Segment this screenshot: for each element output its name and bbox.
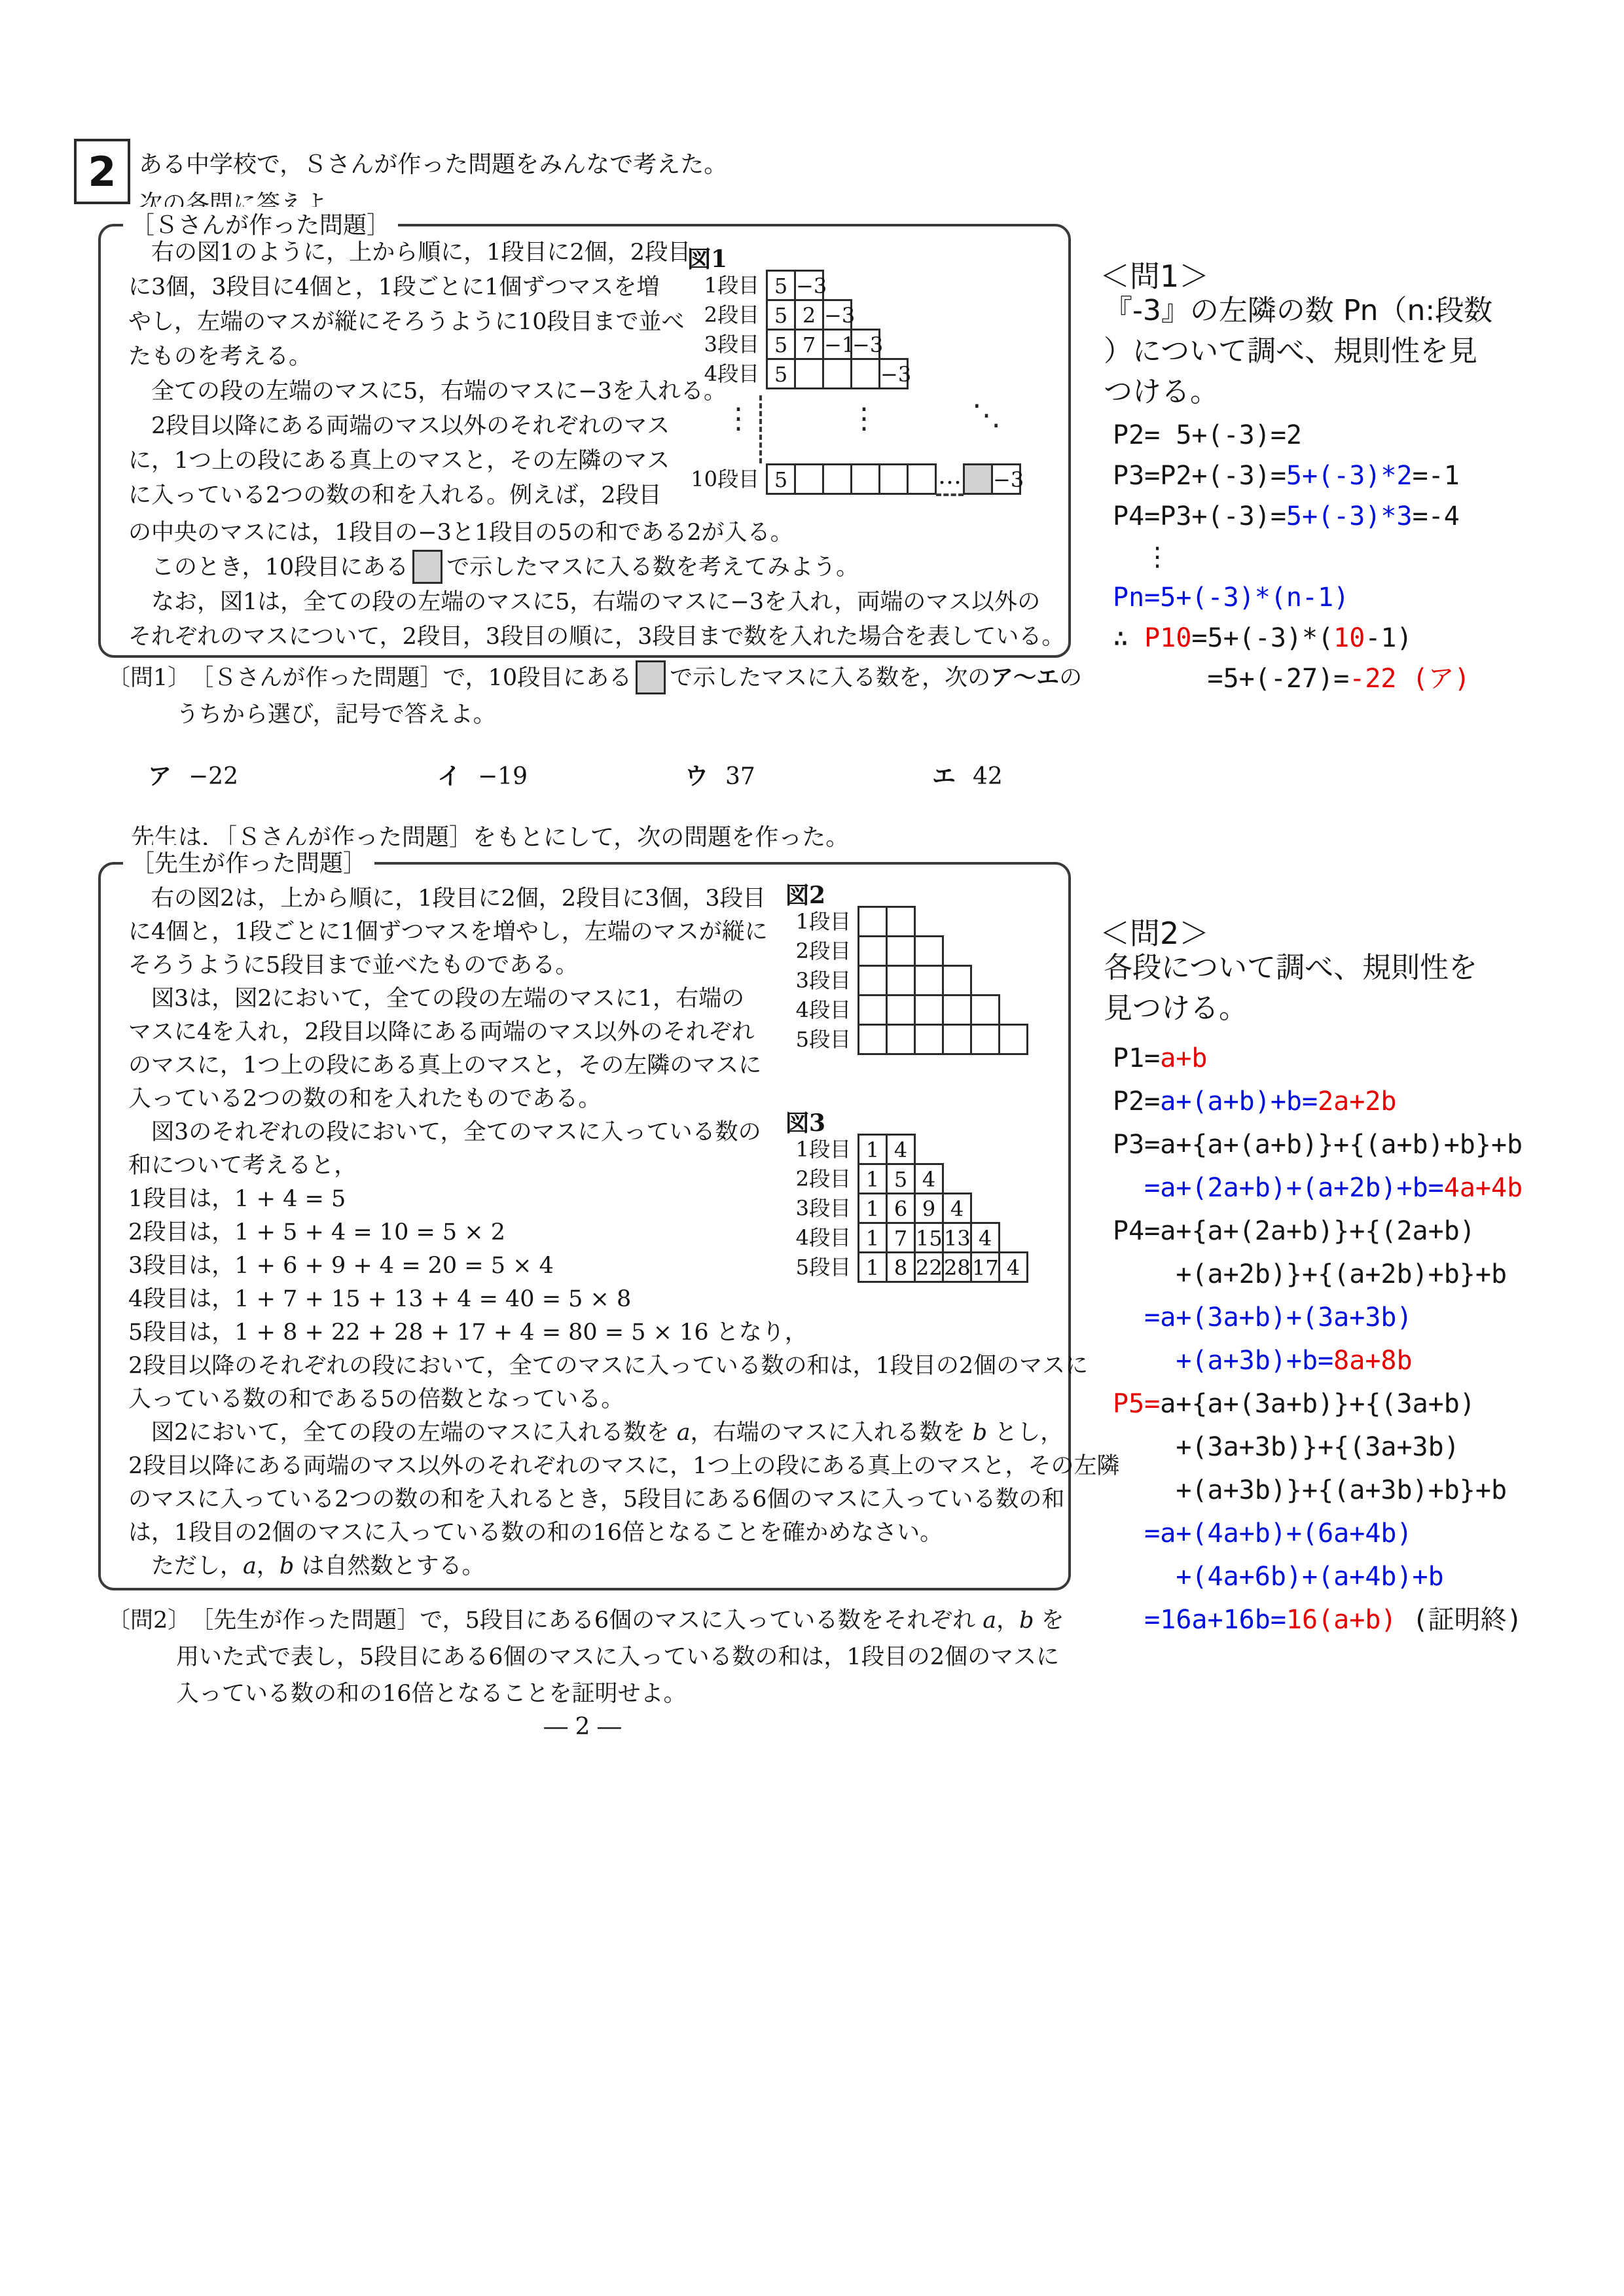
figure-row: 4段目1715134 xyxy=(779,1222,1028,1253)
text-segment: P3=P2+(-3)= xyxy=(1113,461,1286,491)
text-line: 4段目は，1 + 7 + 15 + 13 + 4 = 40 = 5 × 8 xyxy=(128,1283,757,1316)
text-line: 和について考えると， xyxy=(128,1149,757,1183)
grid-cell xyxy=(850,358,880,389)
text-line: 用いた式で表し，5段目にある6個のマスに入っている数の和は，1段目の2個のマスに xyxy=(107,1639,1089,1676)
text-segment: P4=P3+(-3)= xyxy=(1113,501,1286,531)
grid-cell: 1 xyxy=(857,1163,888,1194)
figure-row-cells: 57−1−3 xyxy=(766,329,880,360)
grid-cell: 5 xyxy=(886,1163,916,1194)
text-line: 各段について調べ、規則性を xyxy=(1104,948,1614,988)
figure-row-label: 2段目 xyxy=(779,935,857,967)
text-line: ⋮ xyxy=(1113,537,1623,577)
text-segment: とし， xyxy=(987,1420,1063,1446)
text-segment: a xyxy=(243,1553,257,1579)
text-segment: =16a+16b= xyxy=(1144,1605,1286,1635)
grid-cell xyxy=(914,994,944,1026)
text-segment: =a+(4a+b)+(6a+4b) xyxy=(1144,1518,1412,1549)
text-line: 図2において，全ての段の左端のマスに入れる数を a，右端のマスに入れる数を b … xyxy=(128,1416,1051,1450)
figure-row-cells: 1715134 xyxy=(857,1222,1000,1253)
text-segment: b xyxy=(1019,1607,1034,1634)
text-segment: 2段目以降のそれぞれの段において，全てのマスに入っている数の和は，1段目の2個の… xyxy=(128,1353,1088,1379)
text-segment: ただし， xyxy=(128,1553,243,1579)
text-line: のマスに入っている2つの数の和を入れるとき，5段目にある6個のマスに入っている数… xyxy=(128,1483,1051,1516)
text-line: P3=P2+(-3)=5+(-3)*2=-1 xyxy=(1113,456,1623,496)
text-line: たものを考える。 xyxy=(128,340,704,374)
grid-cell: 4 xyxy=(942,1193,972,1224)
text-line: =a+(3a+b)+(3a+3b) xyxy=(1113,1296,1624,1339)
grid-cell: −3 xyxy=(850,329,880,360)
text-segment: 2段目以降にある両端のマス以外のそれぞれのマス xyxy=(128,413,670,439)
text-line: 2段目は，1 + 5 + 4 = 10 = 5 × 2 xyxy=(128,1216,757,1249)
text-line: =5+(-27)=-22 (ア) xyxy=(1113,658,1623,699)
grid-cell: 5 xyxy=(766,463,796,495)
grid-cell xyxy=(822,463,852,495)
text-line: そろうように5段目まで並べたものである。 xyxy=(128,949,757,982)
box1-text-narrow: 右の図1のように，上から順に，1段目に2個，2段目に3個，3段目に4個と，1段ご… xyxy=(128,236,704,513)
text-segment: で示したマスに入る数を，次の xyxy=(670,665,990,691)
grid-cell: 7 xyxy=(886,1222,916,1253)
text-line: ）について調べ、規則性を見 xyxy=(1104,331,1614,372)
grid-cell xyxy=(970,1024,1000,1055)
figure-3: 図3 1段目142段目1543段目16944段目17151345段目182228… xyxy=(779,1105,1067,1321)
text-segment: の xyxy=(1059,665,1082,691)
grid-cell xyxy=(857,1024,888,1055)
grid-cell: −1 xyxy=(822,329,852,360)
grid-cell xyxy=(942,965,972,996)
grid-cell xyxy=(886,906,916,937)
text-segment: =5+(-27)= xyxy=(1113,664,1349,694)
figure-row-cells xyxy=(857,994,1000,1026)
text-segment xyxy=(1113,1173,1144,1203)
option-i-value: −19 xyxy=(478,763,528,790)
grid-cell: −3 xyxy=(822,299,852,331)
grid-cell xyxy=(914,1024,944,1055)
figure-row-label: 4段目 xyxy=(779,1222,857,1253)
question-1-options: ア−22 イ−19 ウ37 エ42 xyxy=(0,758,1624,795)
note-q1-formulas: P2= 5+(-3)=2P3=P2+(-3)=5+(-3)*2=-1P4=P3+… xyxy=(1113,415,1623,699)
text-segment: のマスに入っている2つの数の和を入れるとき，5段目にある6個のマスに入っている数… xyxy=(128,1486,1064,1513)
text-segment: =-1 xyxy=(1413,461,1460,491)
question-1: 〔問1〕 ［Ｓさんが作った問題］で，10段目にあるで示したマスに入る数を，次のア… xyxy=(107,660,1089,733)
figure-row-cells xyxy=(857,906,916,937)
figure-row: 5段目182228174 xyxy=(779,1251,1028,1283)
text-segment: やし，左端のマスが縦にそろうように10段目まで並べ xyxy=(128,309,685,335)
figure-row-label: 10段目 xyxy=(681,463,766,495)
grid-cell: 4 xyxy=(886,1134,916,1165)
figure-row: 2段目154 xyxy=(779,1163,1028,1194)
text-segment: 『-3』の左隣の数 Pn（n:段数 xyxy=(1104,294,1492,327)
text-segment: の中央のマスには，1段目の−3と1段目の5の和である2が入る。 xyxy=(128,520,793,546)
text-line: 2段目以降にある両端のマス以外のそれぞれのマスに，1つ上の段にある真上のマスと，… xyxy=(128,1450,1051,1483)
figure-row: 1段目 xyxy=(779,906,1028,937)
text-line: それぞれのマスについて，2段目，3段目の順に，3段目まで数を入れた場合を表してい… xyxy=(128,620,1051,655)
text-segment: a+{a+(3a+b)}+{(3a+b) xyxy=(1160,1389,1475,1419)
text-segment: 4a+4b xyxy=(1444,1173,1523,1203)
gray-cell-glyph xyxy=(636,660,666,694)
figure-row-cells xyxy=(857,965,972,996)
grid-cell xyxy=(822,358,852,389)
option-e-value: 42 xyxy=(973,763,1003,790)
grid-cell xyxy=(942,994,972,1026)
grid-cell xyxy=(794,358,824,389)
figure-row-label: 5段目 xyxy=(779,1024,857,1055)
option-e: エ42 xyxy=(932,758,1003,791)
highlighted-cell xyxy=(963,463,993,495)
grid-cell: 8 xyxy=(886,1251,916,1283)
text-line: 2段目以降のそれぞれの段において，全てのマスに入っている数の和は，1段目の2個の… xyxy=(128,1350,1051,1383)
text-line: 3段目は，1 + 6 + 9 + 4 = 20 = 5 × 4 xyxy=(128,1249,757,1283)
grid-cell: 22 xyxy=(914,1251,944,1283)
text-segment: P5= xyxy=(1113,1389,1160,1419)
grid-cell xyxy=(886,994,916,1026)
text-segment: +(3a+3b)}+{(3a+3b) xyxy=(1113,1432,1460,1462)
text-line: 全ての段の左端のマスに5，右端のマスに−3を入れる。 xyxy=(128,374,704,409)
figure-row-cells: 52−3 xyxy=(766,299,852,331)
page-number: ― 2 ― xyxy=(98,1713,1067,1740)
text-segment: 用いた式で表し，5段目にある6個のマスに入っている数の和は，1段目の2個のマスに xyxy=(107,1644,1059,1670)
text-line: =16a+16b=16(a+b) (証明終) xyxy=(1113,1598,1624,1641)
text-segment: 各段について調べ、規則性を xyxy=(1104,951,1477,984)
text-segment: b xyxy=(280,1553,294,1579)
figure-1-rows: 1段目5−32段目52−33段目57−1−34段目5−3 xyxy=(681,270,909,389)
option-u-letter: ウ xyxy=(685,763,708,790)
text-segment: 和について考えると， xyxy=(128,1153,357,1179)
grid-cell: 6 xyxy=(886,1193,916,1224)
note-q2-formulas: P1=a+bP2=a+(a+b)+b=2a+2bP3=a+{a+(a+b)}+{… xyxy=(1113,1037,1624,1641)
grid-cell xyxy=(942,1024,972,1055)
text-line: 〔問2〕 ［先生が作った問題］で，5段目にある6個のマスに入っている数をそれぞれ… xyxy=(107,1602,1089,1639)
text-line: =a+(2a+b)+(a+2b)+b=4a+4b xyxy=(1113,1166,1624,1210)
grid-cell: 1 xyxy=(857,1193,888,1224)
text-segment: (証明終) xyxy=(1397,1605,1523,1635)
text-line: 入っている2つの数の和を入れたものである。 xyxy=(128,1083,757,1116)
text-line: Pn=5+(-3)*(n-1) xyxy=(1113,577,1623,618)
text-line: 2段目以降にある両端のマス以外のそれぞれのマス xyxy=(128,409,704,444)
dashed-connector-line xyxy=(759,395,762,463)
grid-cell: 5 xyxy=(766,299,796,331)
text-segment: 16(a+b) xyxy=(1286,1605,1397,1635)
grid-cell xyxy=(857,994,888,1026)
grid-cell: 13 xyxy=(942,1222,972,1253)
figure-row-label: 3段目 xyxy=(779,965,857,996)
figure-row: 1段目5−3 xyxy=(681,270,909,301)
figure-row: 4段目 xyxy=(779,994,1028,1026)
text-segment: 5+(-3)*2 xyxy=(1286,461,1413,491)
text-segment: それぞれのマスについて，2段目，3段目の順に，3段目まで数を入れた場合を表してい… xyxy=(128,624,1064,650)
figure-row: 5段目 xyxy=(779,1024,1028,1055)
grid-cell xyxy=(907,463,937,495)
text-segment: 2a+2b xyxy=(1318,1086,1396,1117)
figure-2: 図2 1段目2段目3段目4段目5段目 xyxy=(779,877,1067,1093)
text-segment: +(4a+6b)+(a+4b)+b xyxy=(1176,1562,1443,1592)
grid-cell xyxy=(857,935,888,967)
text-line: +(4a+6b)+(a+4b)+b xyxy=(1113,1555,1624,1598)
text-segment: に4個と，1段ごとに1個ずつマスを増やし，左端のマスが縦に xyxy=(128,919,768,945)
text-segment: ）について調べ、規則性を見 xyxy=(1104,334,1477,368)
grid-cell xyxy=(857,965,888,996)
note-q1-intro: 『-3』の左隣の数 Pn（n:段数）について調べ、規則性を見つける。 xyxy=(1104,291,1614,412)
figure-row-label: 3段目 xyxy=(779,1193,857,1224)
figure-row: 2段目 xyxy=(779,935,1028,967)
text-segment: +(a+3b)+b= xyxy=(1176,1346,1333,1376)
figure-row-cells: 1694 xyxy=(857,1193,972,1224)
text-line: P2=a+(a+b)+b=2a+2b xyxy=(1113,1080,1624,1123)
figure-row-label: 5段目 xyxy=(779,1251,857,1283)
text-segment: 5段目は，1 + 8 + 22 + 28 + 17 + 4 = 80 = 5 ×… xyxy=(128,1319,808,1346)
figure-row-cells: 5…−3 xyxy=(766,463,1021,495)
grid-cell: 15 xyxy=(914,1222,944,1253)
diagonal-ellipsis: ⋱ xyxy=(972,401,1001,430)
grid-cell xyxy=(886,965,916,996)
text-line: に入っている2つの数の和を入れる。例えば，2段目 xyxy=(128,478,704,513)
gray-cell-glyph xyxy=(412,550,442,584)
text-segment: 8a+8b xyxy=(1333,1346,1412,1376)
text-line: =a+(4a+b)+(6a+4b) xyxy=(1113,1512,1624,1555)
note-q2-intro: 各段について調べ、規則性を見つける。 xyxy=(1104,948,1614,1029)
figure-row-cells: 14 xyxy=(857,1134,916,1165)
text-segment xyxy=(1113,1562,1176,1592)
text-segment: このとき，10段目にある xyxy=(128,554,408,581)
text-line: +(3a+3b)}+{(3a+3b) xyxy=(1113,1426,1624,1469)
figure-row-label: 1段目 xyxy=(779,1134,857,1165)
text-segment: 図3は，図2において，全ての段の左端のマスに1，右端の xyxy=(128,986,744,1012)
figure-row: 10段目5…−3 xyxy=(681,463,1021,495)
text-line: +(a+3b)+b=8a+8b xyxy=(1113,1339,1624,1382)
grid-cell: 1 xyxy=(857,1251,888,1283)
text-line: 1段目は，1 + 4 = 5 xyxy=(128,1183,757,1216)
text-line: に，1つ上の段にある真上のマスと，その左隣のマス xyxy=(128,444,704,478)
text-line: 入っている数の和の16倍となることを証明せよ。 xyxy=(107,1676,1089,1712)
text-segment: ∴ xyxy=(1113,623,1144,653)
text-line: +(a+2b)}+{(a+2b)+b}+b xyxy=(1113,1253,1624,1296)
figure-row-cells: 5−3 xyxy=(766,270,824,301)
option-u: ウ37 xyxy=(685,758,755,791)
question-2: 〔問2〕 ［先生が作った問題］で，5段目にある6個のマスに入っている数をそれぞれ… xyxy=(107,1602,1089,1712)
grid-cell: 7 xyxy=(794,329,824,360)
note-q2-heading: ＜問2＞ xyxy=(1100,910,1209,953)
box2-text-wide: 2段目以降のそれぞれの段において，全てのマスに入っている数の和は，1段目の2個の… xyxy=(128,1350,1051,1583)
figure-row: 3段目57−1−3 xyxy=(681,329,909,360)
text-segment: 見つける。 xyxy=(1104,992,1248,1025)
note-q1-heading: ＜問1＞ xyxy=(1100,253,1209,296)
vertical-ellipsis-middle: ⋮ xyxy=(850,404,878,433)
text-segment: P4=a+{a+(2a+b)}+{(2a+b) xyxy=(1113,1216,1475,1246)
text-line: ∴ P10=5+(-3)*(10-1) xyxy=(1113,618,1623,658)
box1-text-wide: の中央のマスには，1段目の−3と1段目の5の和である2が入る。 このとき，10段… xyxy=(128,516,1051,655)
text-line: P4=P3+(-3)=5+(-3)*3=-4 xyxy=(1113,496,1623,537)
text-segment: +(a+3b)}+{(a+3b)+b}+b xyxy=(1113,1475,1507,1505)
text-line: ただし，a，b は自然数とする。 xyxy=(128,1550,1051,1583)
text-segment: そろうように5段目まで並べたものである。 xyxy=(128,952,578,978)
grid-cell xyxy=(970,994,1000,1026)
text-segment: たものを考える。 xyxy=(128,344,312,370)
grid-cell xyxy=(886,935,916,967)
text-segment: Pn=5+(-3)*(n-1) xyxy=(1113,583,1349,613)
text-line: P5=a+{a+(3a+b)}+{(3a+b) xyxy=(1113,1382,1624,1426)
figure-row-label: 2段目 xyxy=(779,1163,857,1194)
text-line: P4=a+{a+(2a+b)}+{(2a+b) xyxy=(1113,1210,1624,1253)
grid-cell: 5 xyxy=(766,329,796,360)
text-segment: P1= xyxy=(1113,1043,1160,1073)
option-i-letter: イ xyxy=(437,763,461,790)
text-segment: a+(a+b)+b= xyxy=(1160,1086,1318,1117)
text-segment: うちから選び，記号で答えよ。 xyxy=(107,702,496,728)
text-segment: に入っている2つの数の和を入れる。例えば，2段目 xyxy=(128,482,662,509)
grid-cell xyxy=(886,1024,916,1055)
option-a-letter: ア xyxy=(148,763,171,790)
text-segment xyxy=(1113,1302,1144,1333)
figure-row-label: 4段目 xyxy=(779,994,857,1026)
grid-cell: 17 xyxy=(970,1251,1000,1283)
text-segment: -1) xyxy=(1365,623,1412,653)
figure-3-rows: 1段目142段目1543段目16944段目17151345段目182228174 xyxy=(779,1134,1028,1283)
text-segment: なお，図1は，全ての段の左端のマスに5，右端のマスに−3を入れ，両端のマス以外の xyxy=(128,589,1040,615)
text-segment: を xyxy=(1034,1607,1064,1634)
grid-cell: −3 xyxy=(878,358,909,389)
box-teacher-problem-title: ［先生が作った問題］ xyxy=(123,845,374,878)
text-segment: =a+(3a+b)+(3a+3b) xyxy=(1144,1302,1412,1333)
text-segment: に3個，3段目に4個と，1段ごとに1個ずつマスを増 xyxy=(128,274,659,300)
text-line: P1=a+b xyxy=(1113,1037,1624,1080)
text-segment: 3段目は，1 + 6 + 9 + 4 = 20 = 5 × 4 xyxy=(128,1253,554,1279)
text-segment xyxy=(1113,1605,1144,1635)
text-segment: P2= xyxy=(1113,1086,1160,1117)
text-segment: 右の図1のように，上から順に，1段目に2個，2段目 xyxy=(128,240,691,266)
text-line: このとき，10段目にあるで示したマスに入る数を考えてみよう。 xyxy=(128,550,1051,585)
figure-row-cells: 5−3 xyxy=(766,358,909,389)
text-line: 入っている数の和である5の倍数となっている。 xyxy=(128,1383,1051,1416)
text-segment: 2段目は，1 + 5 + 4 = 10 = 5 × 2 xyxy=(128,1219,505,1246)
grid-cell xyxy=(878,463,909,495)
text-line: 〔問1〕 ［Ｓさんが作った問題］で，10段目にあるで示したマスに入る数を，次のア… xyxy=(107,660,1089,696)
text-segment: ，右端のマスに入れる数を xyxy=(691,1420,973,1446)
text-segment: のマスに，1つ上の段にある真上のマスと，その左隣のマスに xyxy=(128,1052,761,1079)
figure-row: 2段目52−3 xyxy=(681,299,909,331)
grid-cell xyxy=(850,463,880,495)
text-segment: ， xyxy=(996,1607,1019,1634)
option-a-value: −22 xyxy=(189,763,238,790)
text-line: 5段目は，1 + 8 + 22 + 28 + 17 + 4 = 80 = 5 ×… xyxy=(128,1316,757,1350)
text-segment: 右の図2は，上から順に，1段目に2個，2段目に3個，3段目 xyxy=(128,886,766,912)
text-segment xyxy=(1113,1518,1144,1549)
text-segment: マスに4を入れ，2段目以降にある両端のマス以外のそれぞれ xyxy=(128,1019,755,1045)
text-segment: ア～エ xyxy=(990,665,1059,691)
figure-row-label: 4段目 xyxy=(681,358,766,389)
text-segment: つける。 xyxy=(1104,375,1219,408)
text-segment: 〔問1〕 ［Ｓさんが作った問題］で，10段目にある xyxy=(107,665,632,691)
text-segment: 4段目は，1 + 7 + 15 + 13 + 4 = 40 = 5 × 8 xyxy=(128,1286,631,1312)
grid-cell xyxy=(914,935,944,967)
figure-ellipsis-gap: … xyxy=(935,463,965,495)
grid-cell: −3 xyxy=(991,463,1021,495)
figure-row-label: 1段目 xyxy=(779,906,857,937)
figure-row-label: 1段目 xyxy=(681,270,766,301)
grid-cell: −3 xyxy=(794,270,824,301)
text-segment: 〔問2〕 ［先生が作った問題］で，5段目にある6個のマスに入っている数をそれぞれ xyxy=(107,1607,983,1634)
text-segment: に，1つ上の段にある真上のマスと，その左隣のマス xyxy=(128,448,670,474)
text-line: P2= 5+(-3)=2 xyxy=(1113,415,1623,456)
text-segment xyxy=(1113,1346,1176,1376)
text-line: うちから選び，記号で答えよ。 xyxy=(107,696,1089,733)
text-line: 『-3』の左隣の数 Pn（n:段数 xyxy=(1104,291,1614,331)
text-segment: は，1段目の2個のマスに入っている数の和の16倍となることを確かめなさい。 xyxy=(128,1520,943,1546)
text-segment: =5+(-3)*( xyxy=(1191,623,1333,653)
grid-cell xyxy=(857,906,888,937)
text-line: 図3は，図2において，全ての段の左端のマスに1，右端の xyxy=(128,982,757,1016)
text-segment: ， xyxy=(257,1553,280,1579)
text-segment: は自然数とする。 xyxy=(294,1553,484,1579)
text-line: なお，図1は，全ての段の左端のマスに5，右端のマスに−3を入れ，両端のマス以外の xyxy=(128,585,1051,620)
grid-cell: 4 xyxy=(914,1163,944,1194)
text-segment: b xyxy=(973,1420,987,1446)
text-segment: 10 xyxy=(1333,623,1365,653)
text-line: つける。 xyxy=(1104,372,1614,412)
grid-cell: 1 xyxy=(857,1222,888,1253)
vertical-ellipsis-left: ⋮ xyxy=(724,404,753,433)
exam-page: 2 ある中学校で，Ｓさんが作った問題をみんなで考えた。 次の各問に答えよ。 ［Ｓ… xyxy=(0,0,1624,2296)
text-segment: 1段目は，1 + 4 = 5 xyxy=(128,1186,346,1212)
text-line: やし，左端のマスが縦にそろうように10段目まで並べ xyxy=(128,305,704,340)
text-line: マスに4を入れ，2段目以降にある両端のマス以外のそれぞれ xyxy=(128,1016,757,1049)
grid-cell xyxy=(794,463,824,495)
text-line: のマスに，1つ上の段にある真上のマスと，その左隣のマスに xyxy=(128,1049,757,1083)
figure-1-row-10: 10段目5…−3 xyxy=(681,463,1021,495)
text-segment: -22 (ア) xyxy=(1349,664,1470,694)
text-segment: P10 xyxy=(1144,623,1191,653)
text-segment: 全ての段の左端のマスに5，右端のマスに−3を入れる。 xyxy=(128,378,727,404)
text-line: 見つける。 xyxy=(1104,988,1614,1029)
option-u-value: 37 xyxy=(725,763,755,790)
grid-cell: 4 xyxy=(998,1251,1028,1283)
text-line: に4個と，1段ごとに1個ずつマスを増やし，左端のマスが縦に xyxy=(128,916,757,949)
figure-row-label: 3段目 xyxy=(681,329,766,360)
figure-row-cells xyxy=(857,935,944,967)
figure-row: 3段目 xyxy=(779,965,1028,996)
text-line: は，1段目の2個のマスに入っている数の和の16倍となることを確かめなさい。 xyxy=(128,1516,1051,1550)
text-line: 右の図1のように，上から順に，1段目に2個，2段目 xyxy=(128,236,704,270)
text-segment: P2= 5+(-3)=2 xyxy=(1113,420,1302,450)
grid-cell: 28 xyxy=(942,1251,972,1283)
text-line: に3個，3段目に4個と，1段ごとに1個ずつマスを増 xyxy=(128,270,704,305)
text-segment: 図3のそれぞれの段において，全てのマスに入っている数の xyxy=(128,1119,761,1145)
grid-cell: 9 xyxy=(914,1193,944,1224)
text-segment: 入っている数の和である5の倍数となっている。 xyxy=(128,1386,624,1412)
text-segment: +(a+2b)}+{(a+2b)+b}+b xyxy=(1113,1259,1507,1289)
grid-cell: 1 xyxy=(857,1134,888,1165)
grid-cell: 5 xyxy=(766,270,796,301)
box2-text-narrow: 右の図2は，上から順に，1段目に2個，2段目に3個，3段目に4個と，1段ごとに1… xyxy=(128,882,757,1350)
figure-row-cells: 154 xyxy=(857,1163,944,1194)
text-line: +(a+3b)}+{(a+3b)+b}+b xyxy=(1113,1469,1624,1512)
option-i: イ−19 xyxy=(437,758,528,791)
grid-cell: 2 xyxy=(794,299,824,331)
figure-row: 3段目1694 xyxy=(779,1193,1028,1224)
text-line: 図3のそれぞれの段において，全てのマスに入っている数の xyxy=(128,1116,757,1149)
figure-row-cells xyxy=(857,1024,1028,1055)
figure-row-cells: 182228174 xyxy=(857,1251,1028,1283)
figure-row: 1段目14 xyxy=(779,1134,1028,1165)
figure-row-label: 2段目 xyxy=(681,299,766,331)
text-segment: a xyxy=(983,1607,996,1634)
text-segment: P3=a+{a+(a+b)}+{(a+b)+b}+b xyxy=(1113,1130,1523,1160)
option-e-letter: エ xyxy=(932,763,956,790)
figure-row: 4段目5−3 xyxy=(681,358,909,389)
problem-number: 2 xyxy=(88,148,116,196)
text-segment: で示したマスに入る数を考えてみよう。 xyxy=(446,554,859,581)
problem-number-box: 2 xyxy=(74,139,130,204)
grid-cell: 5 xyxy=(766,358,796,389)
text-segment: =-4 xyxy=(1413,501,1460,531)
